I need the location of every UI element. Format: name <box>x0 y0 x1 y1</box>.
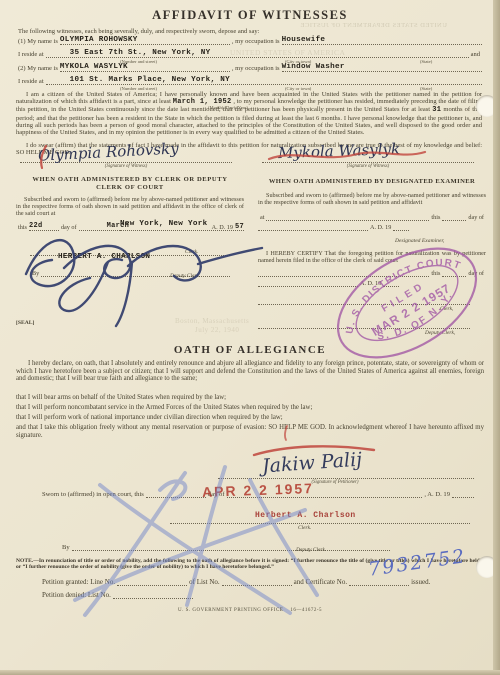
intro-line: The following witnesses, each being seve… <box>18 28 478 35</box>
examiner-section-header: WHEN OATH ADMINISTERED BY DESIGNATED EXA… <box>258 178 486 185</box>
red-tick-mark <box>280 424 292 442</box>
witness2-name-field: MYKOLA WASYLYK <box>60 63 230 72</box>
page-title: AFFIDAVIT OF WITNESSES <box>0 8 500 23</box>
witness1-address-field: 35 East 7th St., New York, NY <box>46 49 469 58</box>
examiner-at-row: at this day of <box>258 212 486 221</box>
red-scribble-witness2 <box>265 145 430 167</box>
oath-clause-noncombatant: that I will perform noncombatant service… <box>16 404 484 411</box>
blue-crayon-scrawl <box>55 455 355 620</box>
ad-label: , A. D. 19 <box>422 491 452 498</box>
witness1-address-value: 35 East 7th St., New York, NY <box>46 49 211 57</box>
gpo-footer: U. S. GOVERNMENT PRINTING OFFICE 16—4167… <box>100 608 400 613</box>
gpo-label: U. S. GOVERNMENT PRINTING OFFICE <box>178 608 283 613</box>
witness1-occupation-value: Housewife <box>282 36 326 44</box>
witness2-name-value: MYKOLA WASYLYK <box>60 63 128 71</box>
sublabel-month-day-year: (Month) (Day) (Year) <box>208 105 248 110</box>
affidavit-paragraph: I am a citizen of the United States of A… <box>16 91 482 136</box>
witness1-name-field: OLYMPIA ROHOWSKY <box>60 36 230 45</box>
clerk-section-header2: CLERK OF COURT <box>16 184 244 191</box>
issued-label: issued. <box>409 578 432 586</box>
seal-label: [SEAL] <box>16 320 34 326</box>
witness2-occupation-value: Window Washer <box>282 63 345 71</box>
red-checkmark <box>34 144 54 170</box>
clerk-signature-scrawl <box>12 222 272 332</box>
witness1-prefix: (1) My name is <box>16 38 60 45</box>
oath-clause-national-importance: that I will perform work of national imp… <box>16 414 484 421</box>
occupation-label: , my occupation is <box>230 38 282 45</box>
witness1-occupation-field: Housewife <box>282 36 482 45</box>
oath-clause-arms: that I will bear arms on behalf of the U… <box>16 394 484 401</box>
ad-label: A. D. 19 <box>368 224 393 231</box>
reside-label: I reside at <box>16 51 46 58</box>
reside-label: I reside at <box>16 78 46 85</box>
examiner-ad-row: A. D. 19 <box>258 222 438 231</box>
page-edge <box>493 0 500 675</box>
examiner-section-body: Subscribed and sworn to (affirmed) befor… <box>258 192 486 206</box>
witness1-name-row: (1) My name is OLYMPIA ROHOWSKY , my occ… <box>16 36 482 45</box>
this-label: this <box>429 214 442 221</box>
witness1-name-value: OLYMPIA ROHOWSKY <box>60 36 138 44</box>
oath-clause-obligation: and that I take this obligation freely w… <box>16 424 484 439</box>
witness2-address-field: 101 St. Marks Place, New York, NY <box>46 76 482 85</box>
page-edge <box>0 670 500 675</box>
oath-title: OATH OF ALLEGIANCE <box>0 344 500 356</box>
witness2-address-row: I reside at 101 St. Marks Place, New Yor… <box>16 76 482 85</box>
at-label: at <box>258 214 266 221</box>
witness2-prefix: (2) My name is <box>16 65 60 72</box>
day-of-label: day of <box>466 214 486 221</box>
witness2-name-row: (2) My name is MYKOLA WASYLYK , my occup… <box>16 63 482 72</box>
witness2-address-value: 101 St. Marks Place, New York, NY <box>46 76 230 84</box>
affidavit-document-page: UNITED STATES DEPARTMENT OF JUSTICE UNIT… <box>0 0 500 675</box>
occupation-label: , my occupation is <box>230 65 282 72</box>
witness1-address-row: I reside at 35 East 7th St., New York, N… <box>16 49 482 58</box>
months-value: 31 <box>432 106 441 114</box>
oath-paragraph: I hereby declare, on oath, that I absolu… <box>16 360 484 383</box>
clerk-section-header: WHEN OATH ADMINISTERED BY CLERK OR DEPUT… <box>16 176 244 183</box>
and-label: and <box>469 51 482 58</box>
witness2-occupation-field: Window Washer <box>282 63 482 72</box>
red-stroke-above-signature <box>252 443 377 459</box>
form-number: 16—41672-5 <box>290 608 322 613</box>
